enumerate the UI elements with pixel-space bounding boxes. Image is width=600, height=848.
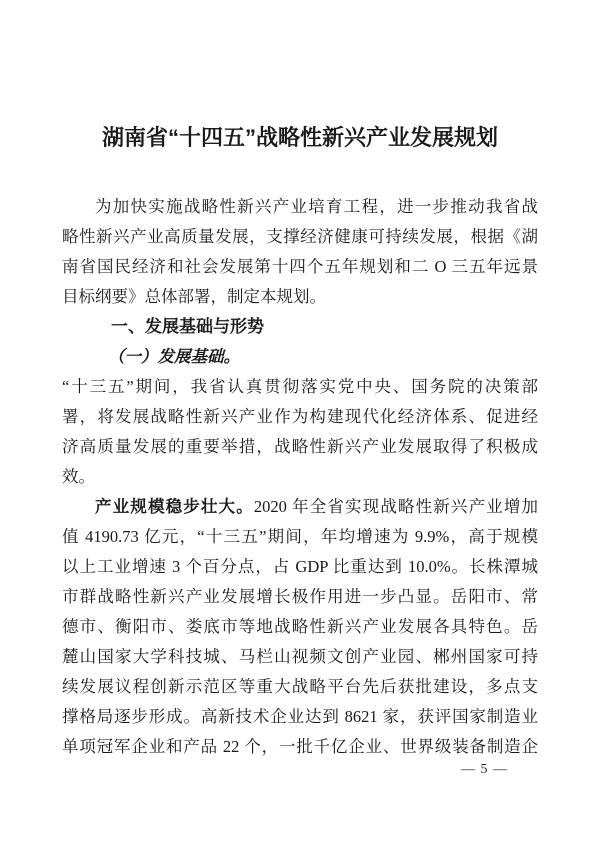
paragraph-line: 署，将发展战略性新兴产业作为构建现代化经济体系、促进经: [62, 402, 538, 432]
paragraph-line: 值 4190.73 亿元，“十三五”期间，年均增速为 9.9%，高于规模: [62, 522, 538, 552]
paragraph-bold-lead: 产业规模稳步壮大。: [95, 497, 254, 516]
document-body: 为加快实施战略性新兴产业培育工程，进一步推动我省战 略性新兴产业高质量发展，支撑…: [62, 192, 538, 762]
paragraph-line: 产业规模稳步壮大。2020 年全省实现战略性新兴产业增加: [62, 492, 538, 522]
document-title: 湖南省“十四五”战略性新兴产业发展规划: [62, 123, 538, 153]
subsection-heading: （一）发展基础。: [62, 342, 538, 372]
paragraph-line: “十三五”期间，我省认真贯彻落实党中央、国务院的决策部: [62, 372, 538, 402]
intro-paragraph-line: 目标纲要》总体部署，制定本规划。: [62, 282, 538, 312]
paragraph-line: 市群战略性新兴产业发展增长极作用进一步凸显。岳阳市、常: [62, 582, 538, 612]
paragraph-line: 麓山国家大学科技城、马栏山视频文创产业园、郴州国家可持: [62, 642, 538, 672]
paragraph-line: 济高质量发展的重要举措，战略性新兴产业发展取得了积极成: [62, 432, 538, 462]
paragraph-line: 续发展议程创新示范区等重大战略平台先后获批建设，多点支: [62, 672, 538, 702]
intro-paragraph-line: 南省国民经济和社会发展第十四个五年规划和二 O 三五年远景: [62, 252, 538, 282]
paragraph-line: 单项冠军企业和产品 22 个，一批千亿企业、世界级装备制造企: [62, 732, 538, 762]
paragraph-line: 撑格局逐步形成。高新技术企业达到 8621 家，获评国家制造业: [62, 702, 538, 732]
paragraph-line: 效。: [62, 462, 538, 492]
page-number: — 5 —: [461, 762, 508, 778]
intro-paragraph-line: 略性新兴产业高质量发展，支撑经济健康可持续发展，根据《湖: [62, 222, 538, 252]
intro-paragraph-line: 为加快实施战略性新兴产业培育工程，进一步推动我省战: [62, 192, 538, 222]
paragraph-line: 德市、衡阳市、娄底市等地战略性新兴产业发展各具特色。岳: [62, 612, 538, 642]
paragraph-line-text: 2020 年全省实现战略性新兴产业增加: [254, 497, 538, 516]
section-heading: 一、发展基础与形势: [62, 312, 538, 342]
paragraph-line: 以上工业增速 3 个百分点，占 GDP 比重达到 10.0%。长株潭城: [62, 552, 538, 582]
document-page: 湖南省“十四五”战略性新兴产业发展规划 为加快实施战略性新兴产业培育工程，进一步…: [0, 0, 600, 848]
